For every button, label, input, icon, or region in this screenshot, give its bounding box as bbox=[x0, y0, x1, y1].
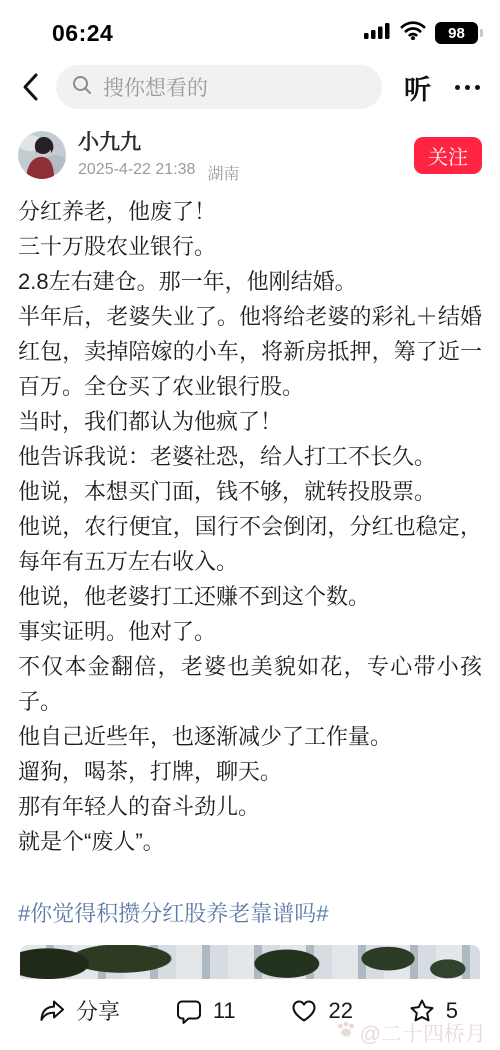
follow-button[interactable]: 关注 bbox=[414, 137, 482, 174]
post-paragraph: 不仅本金翻倍，老婆也美貌如花，专心带小孩子。 bbox=[18, 649, 482, 719]
author-info: 小九九 2025-4-22 21:38 湖南 bbox=[78, 126, 402, 184]
comment-count: 11 bbox=[213, 998, 236, 1024]
author-name[interactable]: 小九九 bbox=[78, 126, 402, 156]
post-date: 2025-4-22 21:38 bbox=[78, 161, 195, 184]
paw-icon bbox=[336, 1020, 356, 1046]
comment-icon bbox=[175, 997, 203, 1025]
post-paragraph: 他说，他老婆打工还赚不到这个数。 bbox=[18, 579, 482, 614]
share-icon bbox=[38, 997, 66, 1025]
search-placeholder: 搜你想看的 bbox=[103, 72, 208, 102]
post-paragraph: 他说，本想买门面，钱不够，就转投股票。 bbox=[18, 474, 482, 509]
battery-indicator: 98 bbox=[435, 22, 478, 44]
clock: 06:24 bbox=[52, 20, 113, 47]
nav-bar: 搜你想看的 听 bbox=[0, 56, 500, 118]
post-paragraph: 当时，我们都认为他疯了！ bbox=[18, 404, 482, 439]
search-input[interactable]: 搜你想看的 bbox=[56, 65, 382, 109]
heart-icon bbox=[290, 997, 318, 1025]
wifi-icon bbox=[400, 21, 426, 45]
app-screen: 06:24 98 bbox=[0, 0, 500, 1050]
post-paragraph: 那有年轻人的奋斗劲儿。 bbox=[18, 789, 482, 824]
post-paragraph: 他自己近些年，也逐渐减少了工作量。 bbox=[18, 719, 482, 754]
post-photo[interactable] bbox=[20, 945, 480, 979]
status-icons: 98 bbox=[364, 21, 478, 45]
watermark-text: @二十四桥月 bbox=[360, 1018, 486, 1048]
post-paragraph: 半年后，老婆失业了。他将给老婆的彩礼＋结婚红包，卖掉陪嫁的小车，将新房抵押，筹了… bbox=[18, 299, 482, 404]
author-row: 小九九 2025-4-22 21:38 湖南 关注 bbox=[0, 118, 500, 184]
chevron-left-icon bbox=[21, 72, 39, 102]
comment-button[interactable]: 11 bbox=[175, 997, 236, 1025]
post-meta: 2025-4-22 21:38 湖南 bbox=[78, 161, 402, 184]
post-paragraph: 事实证明。他对了。 bbox=[18, 614, 482, 649]
post-paragraph: 三十万股农业银行。 bbox=[18, 229, 482, 264]
avatar[interactable] bbox=[18, 131, 66, 179]
post-paragraph: 分红养老，他废了！ bbox=[18, 194, 482, 229]
more-options-icon[interactable] bbox=[449, 75, 486, 100]
post-location: 湖南 bbox=[207, 161, 239, 184]
watermark: @二十四桥月 bbox=[336, 1018, 486, 1048]
battery-percent: 98 bbox=[448, 25, 465, 42]
back-button[interactable] bbox=[16, 70, 44, 104]
post-paragraph: 他说，农行便宜，国行不会倒闭，分红也稳定，每年有五万左右收入。 bbox=[18, 509, 482, 579]
status-bar: 06:24 98 bbox=[0, 0, 500, 56]
post-paragraph: 2.8左右建仓。那一年，他刚结婚。 bbox=[18, 264, 482, 299]
cellular-signal-icon bbox=[364, 22, 391, 45]
post-content: 分红养老，他废了！三十万股农业银行。2.8左右建仓。那一年，他刚结婚。半年后，老… bbox=[0, 184, 500, 859]
hashtag-link[interactable]: #你觉得积攒分红股养老靠谱吗# bbox=[18, 899, 482, 929]
post-paragraph: 他告诉我说：老婆社恐，给人打工不长久。 bbox=[18, 439, 482, 474]
post-paragraph: 就是个“废人”。 bbox=[18, 824, 482, 859]
post-paragraph: 遛狗，喝茶，打牌，聊天。 bbox=[18, 754, 482, 789]
listen-button[interactable]: 听 bbox=[404, 68, 431, 107]
share-label: 分享 bbox=[76, 995, 120, 1026]
share-button[interactable]: 分享 bbox=[38, 995, 120, 1026]
battery-nub bbox=[480, 29, 483, 37]
search-icon bbox=[71, 74, 93, 101]
